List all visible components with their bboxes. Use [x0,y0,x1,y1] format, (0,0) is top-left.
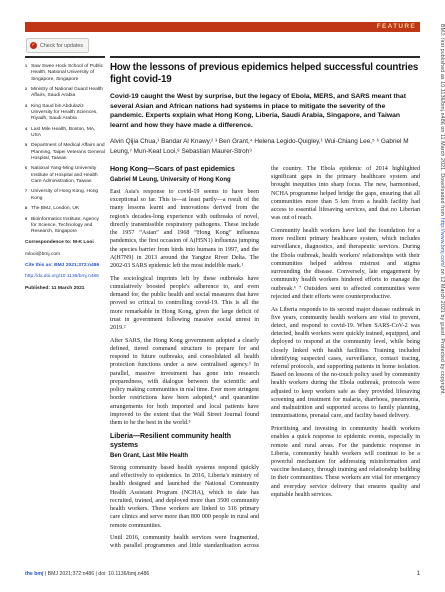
article-block: The sociological imprints left by these … [110,275,259,333]
article-block: Hong Kong—Scars of past epidemics [110,166,259,175]
doi-link[interactable]: http://dx.doi.org/10.1136/bmj.n486 [25,274,105,280]
article-block: Liberia—Resilient community health syste… [110,433,259,451]
check-for-updates-label: Check for updates [40,43,83,49]
affiliation-number: 5 [25,143,27,148]
affiliation-item: 4 Last Mile Health, Boston, MA, USA [25,127,105,140]
affiliation-number: 9 [25,217,27,222]
footer-citation: the bmj | BMJ 2021;372:n486 | doi: 10.11… [25,571,149,577]
affiliation-item: 6 National Yang-Ming University Institut… [25,166,105,185]
crossmark-icon: ✓ [30,42,37,49]
page-footer: the bmj | BMJ 2021;372:n486 | doi: 10.11… [25,571,420,577]
feature-banner: FEATURE [25,22,420,32]
affiliation-item: 8 The BMJ, London, UK [25,206,105,212]
affiliation-text: National Yang-Ming University Institute … [31,166,98,184]
affiliation-text: Last Mile Health, Boston, MA, USA [31,127,95,138]
check-for-updates-button[interactable]: ✓ Check for updates [26,38,89,53]
affiliation-text: Bioinformatics Institute, Agency for Sci… [31,217,99,235]
article-block: Prioritising and investing in community … [271,425,420,499]
cite-as-link[interactable]: Cite this as: BMJ 2021;372:n486 [25,263,105,269]
correspondence-email-link[interactable]: mlooi@bmj.com [25,252,105,258]
article-title: How the lessons of previous epidemics he… [110,62,420,86]
affiliation-item: 7 University of Hong Kong, Hong Kong [25,189,105,202]
affiliation-number: 8 [25,206,27,211]
affiliation-item: 5 Department of Medical Affairs and Plan… [25,143,105,162]
article-block: Ben Grant, Last Mile Health [110,453,259,461]
article-block: Gabriel M Leung, University of Hong Kong [110,177,259,185]
published-date: Published: 11 March 2021 [25,286,105,292]
affiliation-text: Saw Swee Hock School of Public Health, N… [31,64,103,82]
affiliation-text: The BMJ, London, UK [31,206,79,211]
affiliation-number: 3 [25,104,27,109]
article-block: Community health workers have laid the f… [271,227,420,301]
article-body: Hong Kong—Scars of past epidemics Gabrie… [110,165,420,557]
affiliation-list: 1 Saw Swee Hock School of Public Health,… [25,64,105,235]
article-block: As Liberia responds to its second major … [271,306,420,421]
correspondence-line: Correspondence to: M-K Looi [25,240,105,246]
article-authors: Alvin Qijia Chua,¹ Bandar Al Knawy,² ³ B… [110,137,420,156]
affiliation-number: 1 [25,64,27,69]
affiliation-number: 6 [25,166,27,171]
journal-page: FEATURE ✓ Check for updates 1 Saw Swee H… [0,0,445,592]
affiliation-item: 3 King Saud bin Abdulaziz University for… [25,104,105,123]
article-main: How the lessons of previous epidemics he… [110,56,420,557]
affiliation-number: 2 [25,87,27,92]
affiliation-text: University of Hong Kong, Hong Kong [31,189,98,200]
affiliation-text: King Saud bin Abdulaziz University for H… [31,104,98,122]
provenance-text-end: on 12 March 2021 by guest. Protected by … [439,267,445,395]
article-block: After SARS, the Hong Kong government ado… [110,337,259,427]
affiliation-text: Department of Medical Affairs and Planni… [31,143,105,161]
article-standfirst: Covid-19 caught the West by surprise, bu… [110,92,420,131]
article-block: Strong community based health systems re… [110,464,259,530]
affiliation-item: 2 Ministry of National Guard Health Affa… [25,87,105,100]
provenance-strip: BMJ: first published as 10.1136/bmj.n486… [438,24,444,572]
feature-banner-label: FEATURE [377,22,416,32]
bmj-url-link[interactable]: http://www.bmj.com/ [439,218,445,267]
affiliation-text: Ministry of National Guard Health Affair… [31,87,103,98]
affiliation-number: 4 [25,127,27,132]
footer-citation-text: | BMJ 2021;372:n486 | doi: 10.1136/bmj.n… [43,571,149,577]
affiliation-number: 7 [25,189,27,194]
affiliation-item: 9 Bioinformatics Institute, Agency for S… [25,217,105,236]
affiliations-sidebar: 1 Saw Swee Hock School of Public Health,… [25,56,105,292]
bmj-brand: the bmj [25,571,43,577]
affiliation-item: 1 Saw Swee Hock School of Public Health,… [25,64,105,83]
article-block: East Asia's response to covid-19 seems t… [110,188,259,270]
page-number: 1 [417,571,420,577]
provenance-text-start: BMJ: first published as 10.1136/bmj.n486… [439,24,445,218]
